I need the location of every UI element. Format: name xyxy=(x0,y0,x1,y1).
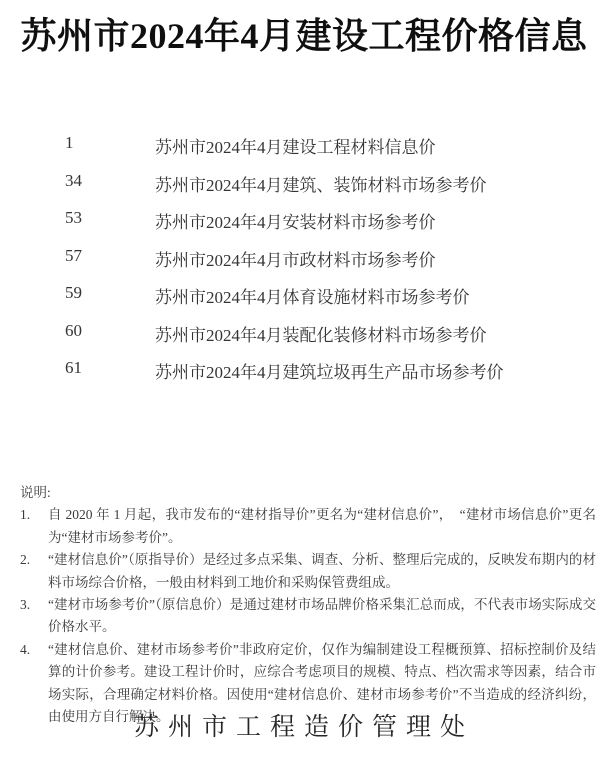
note-text: “建材信息价”（原指导价）是经过多点采集、调查、分析、整理后完成的，反映发布期内… xyxy=(48,549,596,594)
toc-entry: 1 苏州市2024年4月建设工程材料信息价 xyxy=(65,133,583,153)
notes-section: 说明: 1. 自 2020 年 1 月起，我市发布的“建材指导价”更名为“建材信… xyxy=(20,482,596,728)
toc-entry: 57 苏州市2024年4月市政材料市场参考价 xyxy=(65,246,583,266)
note-item: 3. “建材市场参考价”（原信息价）是通过建材市场品牌价格采集汇总而成，不代表市… xyxy=(20,594,596,639)
note-text: “建材市场参考价”（原信息价）是通过建材市场品牌价格采集汇总而成，不代表市场实际… xyxy=(48,594,596,639)
toc-entry-title: 苏州市2024年4月装配化装修材料市场参考价 xyxy=(155,321,583,346)
note-number: 3. xyxy=(20,594,48,639)
toc-page-number: 59 xyxy=(65,283,155,303)
notes-heading: 说明: xyxy=(20,482,596,504)
toc-page-number: 34 xyxy=(65,171,155,191)
toc-entry-title: 苏州市2024年4月建筑垃圾再生产品市场参考价 xyxy=(155,358,583,383)
toc-page-number: 1 xyxy=(65,133,155,153)
toc-entry-title: 苏州市2024年4月建筑、装饰材料市场参考价 xyxy=(155,171,583,196)
toc-page-number: 57 xyxy=(65,246,155,266)
toc-entry-title: 苏州市2024年4月建设工程材料信息价 xyxy=(155,133,583,158)
toc-page-number: 60 xyxy=(65,321,155,341)
toc-entry-title: 苏州市2024年4月市政材料市场参考价 xyxy=(155,246,583,271)
toc-page-number: 61 xyxy=(65,358,155,378)
note-item: 1. 自 2020 年 1 月起，我市发布的“建材指导价”更名为“建材信息价”，… xyxy=(20,504,596,549)
toc-entry-title: 苏州市2024年4月安装材料市场参考价 xyxy=(155,208,583,233)
note-number: 1. xyxy=(20,504,48,549)
toc-page-number: 53 xyxy=(65,208,155,228)
toc-entry: 34 苏州市2024年4月建筑、装饰材料市场参考价 xyxy=(65,171,583,191)
document-page: 苏州市2024年4月建设工程价格信息 1 苏州市2024年4月建设工程材料信息价… xyxy=(0,0,608,771)
note-number: 2. xyxy=(20,549,48,594)
toc-entry: 60 苏州市2024年4月装配化装修材料市场参考价 xyxy=(65,321,583,341)
note-item: 2. “建材信息价”（原指导价）是经过多点采集、调查、分析、整理后完成的，反映发… xyxy=(20,549,596,594)
toc-entry: 53 苏州市2024年4月安装材料市场参考价 xyxy=(65,208,583,228)
toc-entry-title: 苏州市2024年4月体育设施材料市场参考价 xyxy=(155,283,583,308)
note-text: 自 2020 年 1 月起，我市发布的“建材指导价”更名为“建材信息价”， “建… xyxy=(48,504,596,549)
toc-entry: 59 苏州市2024年4月体育设施材料市场参考价 xyxy=(65,283,583,303)
toc-entry: 61 苏州市2024年4月建筑垃圾再生产品市场参考价 xyxy=(65,358,583,378)
publisher-footer: 苏州市工程造价管理处 xyxy=(0,707,608,743)
document-title: 苏州市2024年4月建设工程价格信息 xyxy=(0,8,608,59)
table-of-contents: 1 苏州市2024年4月建设工程材料信息价 34 苏州市2024年4月建筑、装饰… xyxy=(65,133,583,396)
